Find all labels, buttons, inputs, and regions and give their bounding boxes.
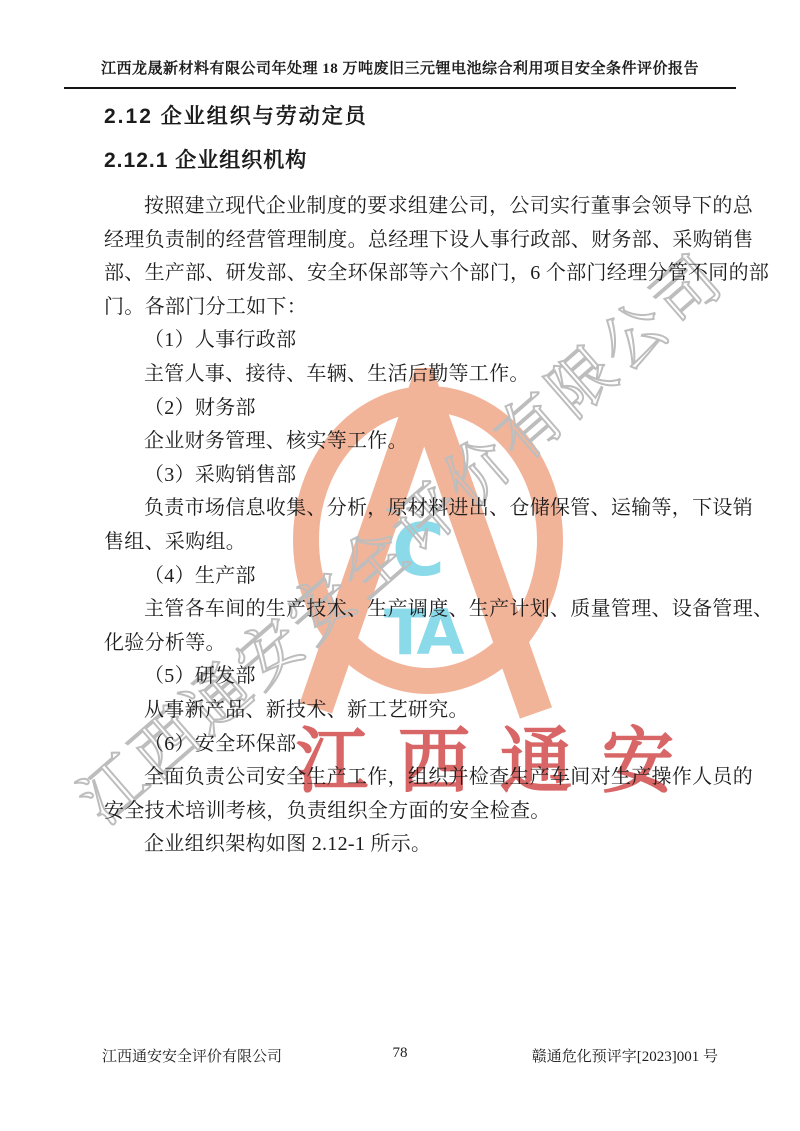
- body-line: 化验分析等。: [104, 627, 720, 661]
- document-content: 江西龙晟新材料有限公司年处理 18 万吨废旧三元锂电池综合利用项目安全条件评价报…: [0, 0, 800, 1131]
- subsection-heading: 2.12.1 企业组织机构: [104, 144, 307, 174]
- body-line: 主管人事、接待、车辆、生活后勤等工作。: [104, 358, 720, 392]
- page-header-title: 江西龙晟新材料有限公司年处理 18 万吨废旧三元锂电池综合利用项目安全条件评价报…: [0, 57, 800, 78]
- body-line: 安全技术培训考核，负责组织全方面的安全检查。: [104, 795, 720, 829]
- body-line: 企业组织架构如图 2.12-1 所示。: [104, 828, 720, 862]
- header-rule: [64, 87, 736, 89]
- footer-document-number: 赣通危化预评字[2023]001 号: [532, 1045, 718, 1066]
- body-line: 经理负责制的经营管理制度。总经理下设人事行政部、财务部、采购销售: [104, 224, 720, 258]
- body-lines: 按照建立现代企业制度的要求组建公司，公司实行董事会领导下的总经理负责制的经营管理…: [104, 190, 720, 862]
- section-heading: 2.12 企业组织与劳动定员: [104, 100, 368, 130]
- report-page: C TA 江西通安安全评价有限公司 江西通安 江西龙晟新材料有限公司年处理 18…: [0, 0, 800, 1131]
- body-line: （5）研发部: [104, 660, 720, 694]
- body-line: 按照建立现代企业制度的要求组建公司，公司实行董事会领导下的总: [104, 190, 720, 224]
- body-line: 部、生产部、研发部、安全环保部等六个部门，6 个部门经理分管不同的部: [104, 257, 720, 291]
- body-line: （6）安全环保部: [104, 728, 720, 762]
- body-line: 负责市场信息收集、分析，原材料进出、仓储保管、运输等，下设销: [104, 492, 720, 526]
- body-line: 主管各车间的生产技术、生产调度、生产计划、质量管理、设备管理、: [104, 593, 720, 627]
- body-line: （3）采购销售部: [104, 459, 720, 493]
- body-line: 全面负责公司安全生产工作，组织并检查生产车间对生产操作人员的: [104, 761, 720, 795]
- body-line: 从事新产品、新技术、新工艺研究。: [104, 694, 720, 728]
- body-line: （4）生产部: [104, 560, 720, 594]
- body-line: 企业财务管理、核实等工作。: [104, 425, 720, 459]
- body-line: 售组、采购组。: [104, 526, 720, 560]
- body-line: 门。各部门分工如下：: [104, 291, 720, 325]
- body-line: （2）财务部: [104, 392, 720, 426]
- body-line: （1）人事行政部: [104, 324, 720, 358]
